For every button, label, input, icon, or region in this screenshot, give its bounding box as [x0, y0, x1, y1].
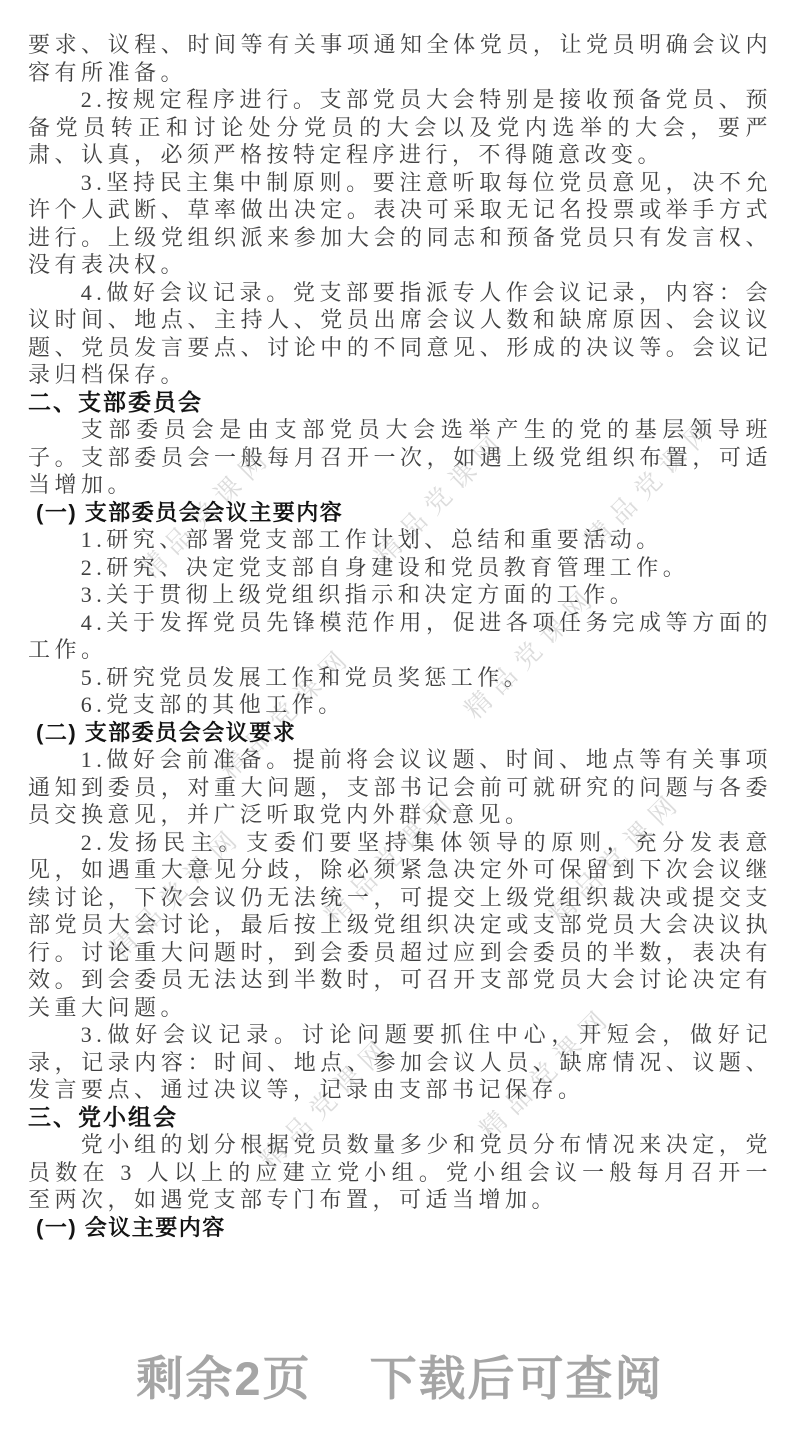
paragraph: 支部委员会是由支部党员大会选举产生的党的基层领导班子。支部委员会一般每月召开一次…	[28, 416, 772, 499]
download-hint-label: 下载后可查阅	[370, 1342, 664, 1409]
paragraph: 1.做好会前准备。提前将会议议题、时间、地点等有关事项通知到委员，对重大问题，支…	[28, 746, 772, 829]
subsection-heading: (一) 会议主要内容	[28, 1214, 772, 1242]
remaining-pages-banner: 剩余2页 下载后可查阅	[0, 1342, 800, 1409]
paragraph: 1.研究、部署党支部工作计划、总结和重要活动。	[28, 526, 772, 554]
paragraph: 5.研究党员发展工作和党员奖惩工作。	[28, 664, 772, 692]
paragraph: 3.做好会议记录。讨论问题要抓住中心，开短会，做好记录，记录内容：时间、地点、参…	[28, 1021, 772, 1104]
subsection-heading: (二) 支部委员会会议要求	[28, 719, 772, 747]
paragraph: 2.发扬民主。支委们要坚持集体领导的原则，充分发表意见，如遇重大意见分歧，除必须…	[28, 829, 772, 1022]
section-heading: 三、党小组会	[28, 1104, 772, 1132]
section-heading: 二、支部委员会	[28, 389, 772, 417]
paragraph: 党小组的划分根据党员数量多少和党员分布情况来决定，党员数在 3 人以上的应建立党…	[28, 1131, 772, 1214]
subsection-heading: (一) 支部委员会会议主要内容	[28, 499, 772, 527]
remaining-pages-label: 剩余2页	[136, 1342, 311, 1409]
paragraph: 2.研究、决定党支部自身建设和党员教育管理工作。	[28, 554, 772, 582]
paragraph: 3.坚持民主集中制原则。要注意听取每位党员意见，决不允许个人武断、草率做出决定。…	[28, 169, 772, 279]
document-content: 要求、议程、时间等有关事项通知全体党员，让党员明确会议内容有所准备。2.按规定程…	[0, 0, 800, 1241]
scanned-document-page: 精品党课网精品党课网精品党课网精品党课网精品党课网精品党课网精品党课网精品党课网…	[0, 0, 800, 1453]
paragraph: 3.关于贯彻上级党组织指示和决定方面的工作。	[28, 581, 772, 609]
paragraph: 4.关于发挥党员先锋模范作用，促进各项任务完成等方面的工作。	[28, 609, 772, 664]
paragraph: 要求、议程、时间等有关事项通知全体党员，让党员明确会议内容有所准备。	[28, 31, 772, 86]
paragraph: 4.做好会议记录。党支部要指派专人作会议记录，内容：会议时间、地点、主持人、党员…	[28, 279, 772, 389]
paragraph: 6.党支部的其他工作。	[28, 691, 772, 719]
paragraph: 2.按规定程序进行。支部党员大会特别是接收预备党员、预备党员转正和讨论处分党员的…	[28, 86, 772, 169]
